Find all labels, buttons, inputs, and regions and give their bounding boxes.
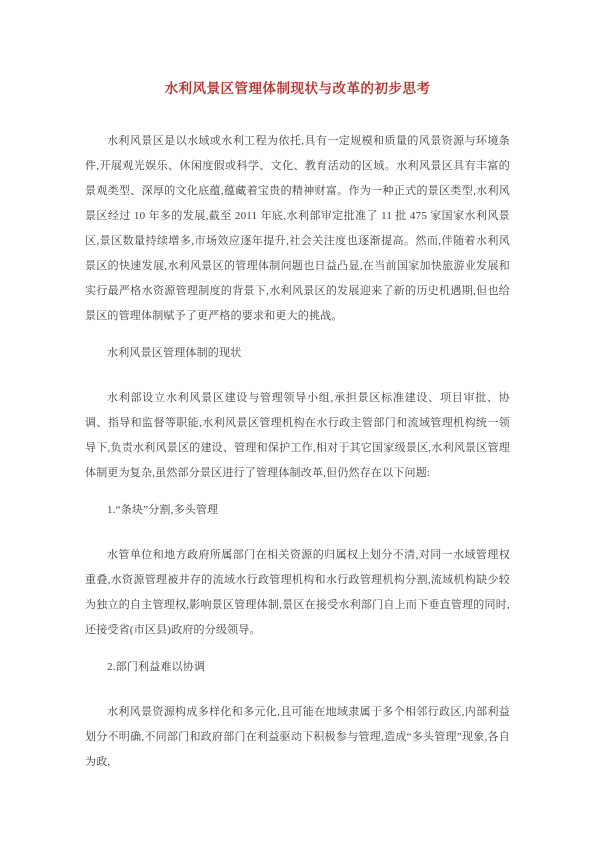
- paragraph-issue-2: 水利风景资源构成多样化和多元化,且可能在地域隶属于多个相邻行政区,内部利益划分不…: [85, 700, 510, 775]
- section-heading-management-status: 水利风景区管理体制的现状: [85, 341, 510, 366]
- paragraph-status-overview: 水利部设立水利风景区建设与管理领导小组,承担景区标准建设、项目审批、协调、指导和…: [85, 386, 510, 486]
- paragraph-issue-1: 水管单位和地方政府所属部门在相关资源的归属权上划分不清,对同一水域管理权重叠,水…: [85, 543, 510, 643]
- document-page: 水利风景区管理体制现状与改革的初步思考 水利风景区是以水域或水利工程为依托,具有…: [0, 0, 595, 842]
- document-content: 水利风景区管理体制现状与改革的初步思考 水利风景区是以水域或水利工程为依托,具有…: [85, 0, 510, 787]
- subheading-issue-1: 1.“条块”分割,多头管理: [85, 498, 510, 523]
- subheading-issue-2: 2.部门利益难以协调: [85, 655, 510, 680]
- paragraph-introduction: 水利风景区是以水域或水利工程为依托,具有一定规模和质量的风景资源与环境条件,开展…: [85, 129, 510, 329]
- document-title: 水利风景区管理体制现状与改革的初步思考: [85, 80, 510, 97]
